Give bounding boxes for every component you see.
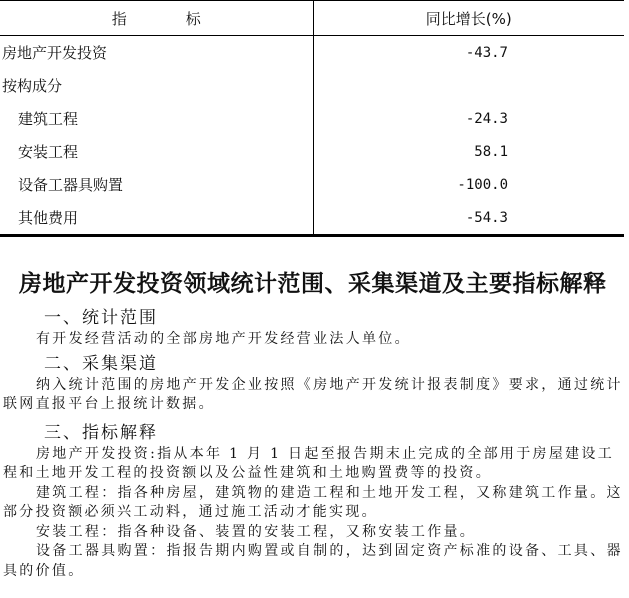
definition-paragraph-investment: 房地产开发投资:指从本年 1 月 1 日起至报告期末止完成的全部用于房屋建设工程… bbox=[0, 445, 623, 484]
row-label: 安装工程 bbox=[0, 135, 313, 168]
row-value: -54.3 bbox=[313, 201, 624, 236]
column-header-yoy-growth: 同比增长(%) bbox=[313, 1, 624, 36]
row-label: 其他费用 bbox=[0, 201, 313, 236]
row-value: -100.0 bbox=[313, 168, 624, 201]
growth-rate-table: 指 标 同比增长(%) 房地产开发投资 -43.7 按构成分 建筑工程 -24.… bbox=[0, 0, 624, 237]
row-label: 建筑工程 bbox=[0, 102, 313, 135]
table-row: 按构成分 bbox=[0, 69, 624, 102]
column-header-indicator: 指 标 bbox=[0, 1, 313, 36]
section-heading-indicator-definitions: 三、指标解释 bbox=[0, 421, 629, 445]
scope-paragraph: 有开发经营活动的全部房地产开发经营业法人单位。 bbox=[0, 330, 623, 350]
row-label: 按构成分 bbox=[0, 69, 313, 102]
explanation-title: 房地产开发投资领域统计范围、采集渠道及主要指标解释 bbox=[0, 262, 629, 306]
table-row: 安装工程 58.1 bbox=[0, 135, 624, 168]
row-label: 房地产开发投资 bbox=[0, 36, 313, 70]
row-value bbox=[313, 69, 624, 102]
indicator-explanation-section: 房地产开发投资领域统计范围、采集渠道及主要指标解释 一、统计范围 有开发经营活动… bbox=[0, 262, 629, 581]
collection-channel-paragraph: 纳入统计范围的房地产开发企业按照《房地产开发统计报表制度》要求，通过统计联网直报… bbox=[0, 376, 623, 415]
definition-paragraph-construction: 建筑工程：指各种房屋，建筑物的建造工程和土地开发工程，又称建筑工作量。这部分投资… bbox=[0, 484, 623, 523]
table-row: 其他费用 -54.3 bbox=[0, 201, 624, 236]
section-heading-collection-channel: 二、采集渠道 bbox=[0, 352, 629, 376]
row-value: 58.1 bbox=[313, 135, 624, 168]
row-label: 设备工器具购置 bbox=[0, 168, 313, 201]
table-header-row: 指 标 同比增长(%) bbox=[0, 1, 624, 36]
row-value: -24.3 bbox=[313, 102, 624, 135]
table-row: 房地产开发投资 -43.7 bbox=[0, 36, 624, 70]
definition-paragraph-installation: 安装工程：指各种设备、装置的安装工程，又称安装工作量。 bbox=[0, 523, 623, 543]
statistics-table-container: 指 标 同比增长(%) 房地产开发投资 -43.7 按构成分 建筑工程 -24.… bbox=[0, 0, 624, 237]
table-row: 设备工器具购置 -100.0 bbox=[0, 168, 624, 201]
row-value: -43.7 bbox=[313, 36, 624, 70]
definition-paragraph-equipment: 设备工器具购置：指报告期内购置或自制的，达到固定资产标准的设备、工具、器具的价值… bbox=[0, 542, 623, 581]
table-row: 建筑工程 -24.3 bbox=[0, 102, 624, 135]
section-heading-scope: 一、统计范围 bbox=[0, 306, 629, 330]
